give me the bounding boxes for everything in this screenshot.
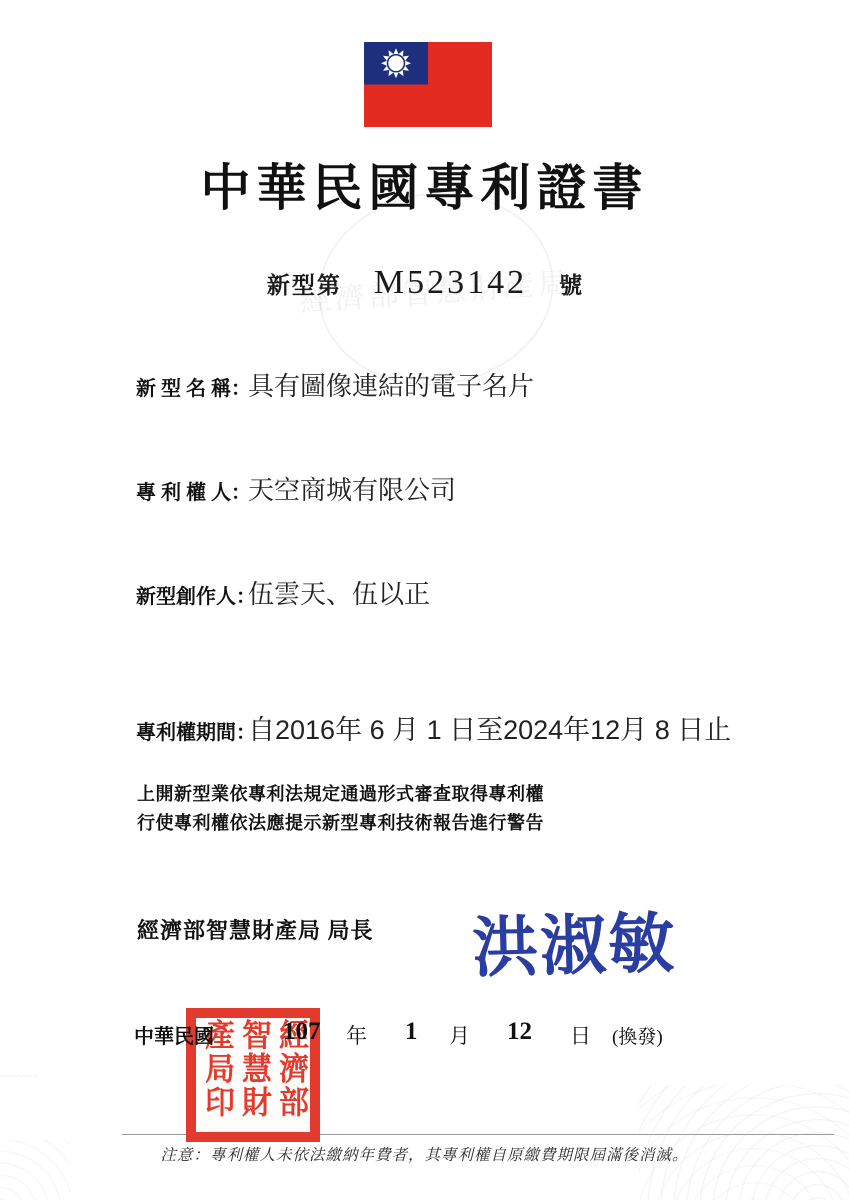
field-label: 新型創作人：	[136, 580, 248, 609]
issuing-office-title: 經濟部智慧財產局 局長	[137, 914, 374, 945]
field-patent-term: 專利權期間： 自2016年 6 月 1 日至2024年12月 8 日止	[136, 708, 731, 747]
date-year: 107	[283, 1018, 321, 1046]
date-day-unit: 日	[570, 1020, 591, 1050]
legal-statement: 上開新型業依專利法規定通過形式審查取得專利權 行使專利權依法應提示新型專利技術報…	[137, 780, 617, 838]
field-utility-model-name: 新 型 名 稱： 具有圖像連結的電子名片	[136, 366, 534, 403]
certificate-title: 中華民國專利證書	[0, 148, 849, 220]
date-month: 1	[405, 1018, 418, 1046]
date-year-unit: 年	[346, 1020, 367, 1050]
field-value: 自2016年 6 月 1 日至2024年12月 8 日止	[248, 708, 731, 747]
field-label: 專利權期間：	[136, 716, 248, 745]
certificate-number-line: 新型第 M523142 號	[0, 264, 849, 302]
underprint-wave-mark: ﹏﹏	[0, 1052, 36, 1081]
field-value: 伍雲天、伍以正	[248, 574, 430, 611]
date-month-unit: 月	[449, 1020, 470, 1050]
cert-number: M523142	[374, 264, 527, 302]
director-general-signature: 洪淑敏	[471, 889, 703, 990]
field-value: 天空商城有限公司	[248, 470, 456, 507]
cert-number-prefix: 新型第	[267, 267, 342, 300]
field-patentee: 專 利 權 人： 天空商城有限公司	[136, 470, 456, 507]
legal-line-1: 上開新型業依專利法規定通過形式審查取得專利權	[137, 780, 617, 809]
field-value: 具有圖像連結的電子名片	[248, 366, 534, 403]
roc-flag	[364, 42, 492, 127]
date-era: 中華民國	[134, 1020, 214, 1049]
cert-number-suffix: 號	[559, 267, 582, 300]
date-reissue-note: (換發)	[612, 1022, 663, 1049]
date-day: 12	[507, 1018, 532, 1046]
field-label: 新 型 名 稱：	[136, 372, 248, 401]
field-label: 專 利 權 人：	[136, 476, 248, 505]
patent-certificate-page: { "flag": { "name": "flag-of-republic-of…	[0, 0, 849, 1200]
field-creators: 新型創作人： 伍雲天、伍以正	[136, 574, 430, 611]
footer-note: 注意：專利權人未依法繳納年費者，其專利權自原繳費期限屆滿後消滅。	[0, 1143, 849, 1165]
seal-column-middle: 智慧財	[237, 1018, 269, 1131]
legal-line-2: 行使專利權依法應提示新型專利技術報告進行警告	[137, 809, 617, 838]
roc-flag-image	[364, 42, 492, 127]
